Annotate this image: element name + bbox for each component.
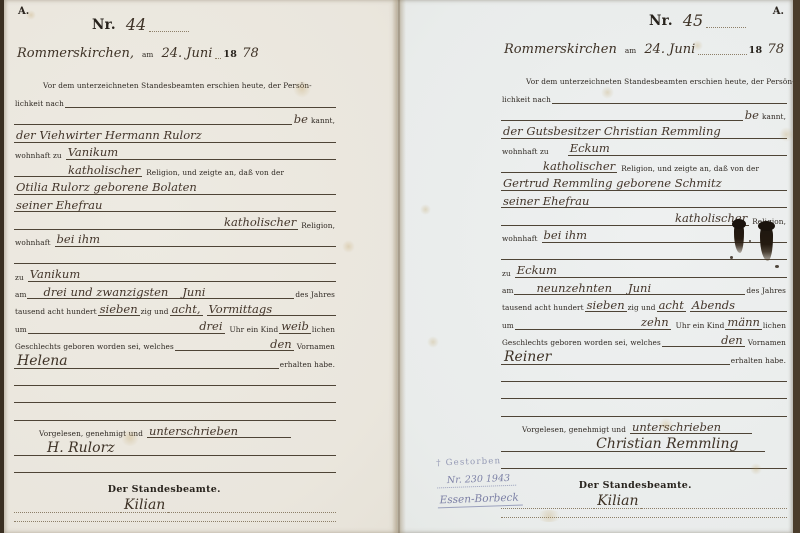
- declarant-line: der Viehwirter Hermann Rulorz: [14, 127, 336, 144]
- blank-ruled-line: [14, 388, 336, 405]
- printed-text: tausend acht hundert: [14, 308, 98, 318]
- handwritten-text: zehn: [639, 317, 671, 330]
- religion-line: katholischerReligion, und zeigte an, daß…: [501, 158, 787, 175]
- stamp-place: Essen-Borbeck: [437, 491, 523, 508]
- rule-line: [207, 298, 294, 299]
- printed-text: Der Standesbeamte.: [577, 481, 694, 493]
- rule-line: [102, 246, 336, 247]
- handwritten-text: Kilian: [121, 498, 168, 513]
- printed-text: Vornamen: [296, 343, 336, 353]
- rule-line: [723, 138, 787, 139]
- dotted-rule-line: [14, 521, 336, 522]
- printed-text: um: [501, 322, 515, 332]
- rule-line: [614, 294, 626, 295]
- record-number-line: Nr.44: [14, 4, 336, 34]
- handwritten-text: Juni: [626, 283, 653, 296]
- handwritten-text: acht,: [170, 304, 203, 317]
- handwritten-text: Reiner: [501, 350, 554, 365]
- handwritten-text: den: [719, 335, 745, 348]
- handwritten-text: bei ihm: [542, 230, 590, 243]
- handwritten-text: be: [292, 114, 310, 128]
- intro-line-3: bekannt,: [14, 110, 336, 127]
- birthdate-line: amneunzehntenJunides Jahres: [501, 280, 787, 297]
- rule-line: [204, 142, 336, 143]
- printed-text: erhalten habe.: [279, 361, 336, 371]
- printed-text: wohnhaft: [501, 235, 539, 245]
- intro-line-3: bekannt,: [501, 106, 787, 123]
- rule-line: [199, 194, 336, 195]
- handwritten-text: der Gutsbesitzer Christian Remmling: [501, 126, 723, 139]
- mother-line: Otilia Rulorz geborene Bolaten: [14, 179, 336, 196]
- rule-line: [552, 103, 787, 104]
- printed-text: Geschlechts geboren worden sei, welches: [501, 339, 662, 349]
- stamp-label: † Gestorben: [436, 454, 576, 469]
- printed-text: am: [501, 287, 514, 297]
- printed-text: am: [624, 47, 637, 57]
- ink-speck: [775, 265, 779, 268]
- declarant-line: der Gutsbesitzer Christian Remmling: [501, 123, 787, 140]
- dotted-rule-line: [706, 27, 746, 28]
- declarant-signature-line: H. Rulorz: [14, 440, 336, 457]
- residence-line-2: wohnhaftbei ihm: [14, 232, 336, 249]
- printed-text: Religion,: [300, 222, 336, 232]
- residence-line: wohnhaft zuEckum: [501, 141, 787, 158]
- handwritten-text: Vanikum: [66, 147, 120, 160]
- residence-line: wohnhaft zuVanikum: [14, 145, 336, 162]
- dotted-rule-line: [501, 517, 787, 518]
- rule-line: [501, 416, 787, 417]
- printed-text: Nr.: [647, 15, 675, 31]
- sex-vorname-line: Geschlechts geboren worden sei, welchesd…: [14, 336, 336, 353]
- ink-speck: [749, 240, 751, 242]
- handwritten-text: 78: [764, 43, 787, 57]
- rule-line: [14, 176, 66, 177]
- printed-text: lichkeit nach: [14, 100, 65, 110]
- spacer-line: [14, 61, 336, 75]
- rule-line: [591, 207, 787, 208]
- rule-line: [612, 155, 787, 156]
- rule-line: [589, 242, 787, 243]
- rule-line: [554, 364, 729, 365]
- handwritten-text: Rommerskirchen: [501, 43, 620, 57]
- printed-text: wohnhaft zu: [14, 152, 63, 162]
- printed-text: Vornamen: [747, 339, 787, 349]
- rule-line: [741, 451, 765, 452]
- rule-line: [14, 472, 336, 473]
- rule-line: [14, 229, 222, 230]
- handwritten-text: acht: [657, 300, 686, 313]
- rule-line: [724, 190, 787, 191]
- handwritten-text: seiner Ehefrau: [501, 196, 591, 209]
- handwritten-text: der Viehwirter Hermann Rulorz: [14, 130, 204, 143]
- rule-line: [120, 159, 336, 160]
- stamp-number: Nr. 230 1943: [437, 473, 517, 489]
- birthyear-line: tausend acht hundertsiebenzig undachtAbe…: [501, 297, 787, 314]
- printed-text: des Jahres: [745, 287, 787, 297]
- ink-blot: [760, 224, 773, 261]
- left-page-record-44: A. Nr.44Rommerskirchen,am24. Juni1878Vor…: [4, 0, 397, 533]
- intro-line-2: lichkeit nach: [501, 88, 787, 105]
- register-book-spread: A. Nr.44Rommerskirchen,am24. Juni1878Vor…: [0, 0, 800, 533]
- printed-text: wohnhaft: [14, 239, 52, 249]
- handwritten-text: 44: [123, 17, 149, 34]
- handwritten-text: Gertrud Remmling geborene Schmitz: [501, 178, 724, 191]
- handwritten-text: 24. Juni: [158, 47, 215, 61]
- printed-text: lichkeit nach: [501, 96, 552, 106]
- birthdate-line: amdrei und zwanzigstenJunides Jahres: [14, 284, 336, 301]
- intro-line-1: Vor dem unterzeichneten Standesbeamten e…: [501, 71, 787, 88]
- handwritten-text: 24. Juni: [641, 43, 698, 57]
- rule-line: [501, 398, 787, 399]
- handwritten-text: unterschrieben: [147, 426, 240, 439]
- printed-text: am: [14, 291, 27, 301]
- handwritten-text: männ: [725, 317, 762, 330]
- left-page-content: Nr.44Rommerskirchen,am24. Juni1878Vor de…: [14, 4, 336, 524]
- child-name-line: Helenaerhalten habe.: [14, 353, 336, 370]
- declarant-signature-line: Christian Remmling: [501, 436, 787, 453]
- handwritten-text: seiner Ehefrau: [14, 200, 104, 213]
- handwritten-text: neunzehnten: [534, 283, 614, 296]
- registrar-label-line: Der Standesbeamte.: [14, 477, 336, 497]
- rule-line: [14, 124, 292, 125]
- wife-line: seiner Ehefrau: [501, 193, 787, 210]
- rule-line: [501, 172, 541, 173]
- intro-line-2: lichkeit nach: [14, 92, 336, 109]
- rule-line: [723, 433, 752, 434]
- approval-line: Vorgelesen, genehmigt undunterschrieben: [501, 419, 787, 436]
- printed-text: zig und: [140, 308, 170, 318]
- rule-line: [82, 281, 336, 282]
- rule-line: [515, 329, 639, 330]
- rule-line: [274, 315, 336, 316]
- blank-ruled-line: [501, 367, 787, 384]
- sex-vorname-line: Geschlechts geboren worden sei, welchesd…: [501, 332, 787, 349]
- rule-line: [653, 294, 745, 295]
- rule-line: [175, 350, 268, 351]
- blank-ruled-line: [14, 405, 336, 422]
- printed-text: zu: [501, 270, 512, 280]
- printed-text: Vorgelesen, genehmigt und: [521, 426, 627, 436]
- printed-text: Religion, und zeigte an, daß von der: [620, 165, 760, 175]
- handwritten-text: Rommerskirchen,: [14, 47, 137, 61]
- handwritten-text: Kilian: [594, 494, 641, 509]
- birthyear-line: tausend acht hundertsiebenzig undacht,Vo…: [14, 301, 336, 318]
- handwritten-text: Helena: [14, 354, 71, 369]
- handwritten-text: bei ihm: [55, 234, 103, 247]
- dotted-rule-line: [698, 54, 746, 55]
- record-number-line: Nr.45: [501, 0, 787, 30]
- blank-ruled-line: [501, 245, 787, 262]
- rule-line: [559, 277, 787, 278]
- rule-line: [170, 298, 180, 299]
- rule-line: [27, 298, 41, 299]
- place-date-line: Rommerskirchenam24. Juni1878: [501, 30, 787, 57]
- rule-line: [28, 333, 197, 334]
- ink-speck: [730, 256, 733, 259]
- printed-text: kannt,: [310, 117, 336, 127]
- religion-line: katholischerReligion, und zeigte an, daß…: [14, 162, 336, 179]
- place-date-line: Rommerskirchen,am24. Juni1878: [14, 34, 336, 61]
- blank-ruled-line: [14, 249, 336, 266]
- printed-text: Der Standesbeamte.: [106, 485, 223, 497]
- handwritten-text: H. Rulorz: [44, 441, 118, 456]
- child-name-line: Reinererhalten habe.: [501, 349, 787, 366]
- handwritten-text: katholischer: [222, 217, 298, 230]
- handwritten-text: katholischer: [541, 161, 617, 174]
- registrar-signature-line: Kilian: [14, 497, 336, 515]
- handwritten-text: katholischer: [66, 165, 142, 178]
- rule-line: [14, 385, 336, 386]
- rule-line: [14, 455, 44, 456]
- approval-line: Vorgelesen, genehmigt undunterschrieben: [14, 423, 336, 440]
- margin-death-annotation-stamp: † Gestorben Nr. 230 1943 Essen-Borbeck: [436, 454, 578, 509]
- printed-text: lichen: [311, 326, 336, 336]
- printed-text: erhalten habe.: [730, 357, 787, 367]
- rule-line: [240, 437, 291, 438]
- mother-line: Gertrud Remmling geborene Schmitz: [501, 175, 787, 192]
- rule-line: [14, 263, 336, 264]
- printed-text: zig und: [627, 304, 657, 314]
- rule-line: [65, 107, 336, 108]
- rule-line: [104, 211, 336, 212]
- dotted-rule-line: [641, 508, 787, 509]
- printed-text: Uhr ein Kind: [229, 326, 280, 336]
- handwritten-text: Abends: [690, 300, 737, 313]
- printed-text: Geschlechts geboren worden sei, welches: [14, 343, 175, 353]
- dotted-rule-line: [501, 508, 594, 509]
- handwritten-text: sieben: [98, 304, 140, 317]
- printed-text: des Jahres: [294, 291, 336, 301]
- rule-line: [14, 420, 336, 421]
- rule-line: [514, 294, 534, 295]
- printed-text: zu: [14, 274, 25, 284]
- rule-line: [71, 368, 279, 369]
- printed-text: um: [14, 326, 28, 336]
- printed-text: kannt,: [761, 113, 787, 123]
- handwritten-text: unterschrieben: [630, 422, 723, 435]
- handwritten-text: sieben: [585, 300, 627, 313]
- printed-text: Religion, und zeigte an, daß von der: [145, 169, 285, 179]
- rule-line: [501, 259, 787, 260]
- birthtime-line: umzehnUhr ein Kindmännlichen: [501, 314, 787, 331]
- dotted-rule-line: [149, 31, 189, 32]
- handwritten-text: den: [268, 339, 294, 352]
- birthplace-line: zuVanikum: [14, 266, 336, 283]
- rule-line: [501, 120, 743, 121]
- ink-blot: [734, 222, 744, 253]
- printed-text: 18: [747, 46, 765, 58]
- intro-line-1: Vor dem unterzeichneten Standesbeamten e…: [14, 75, 336, 92]
- wife-line: seiner Ehefrau: [14, 197, 336, 214]
- birthtime-line: umdreiUhr ein Kindweiblichen: [14, 318, 336, 335]
- handwritten-text: Vanikum: [28, 269, 82, 282]
- rule-line: [501, 225, 673, 226]
- printed-text: tausend acht hundert: [501, 304, 585, 314]
- right-page-record-45: A. Nr.45Rommerskirchenam24. Juni1878Vor …: [397, 0, 793, 533]
- handwritten-text: drei: [197, 321, 224, 334]
- rule-line: [14, 402, 336, 403]
- rule-line: [501, 451, 593, 452]
- right-page-content: Nr.45Rommerskirchenam24. Juni1878Vor dem…: [501, 0, 787, 520]
- rule-line: [737, 311, 787, 312]
- handwritten-text: Eckum: [568, 143, 612, 156]
- dotted-rule-line: [14, 512, 121, 513]
- printed-text: Vorgelesen, genehmigt und: [38, 430, 144, 440]
- handwritten-text: be: [743, 110, 761, 124]
- handwritten-text: Eckum: [515, 265, 559, 278]
- rule-line: [118, 455, 336, 456]
- birthplace-line: zuEckum: [501, 262, 787, 279]
- religion-line-2: katholischerReligion,: [14, 214, 336, 231]
- printed-text: am: [141, 51, 154, 61]
- handwritten-text: 45: [680, 13, 706, 30]
- printed-text: Nr.: [90, 19, 118, 35]
- blank-ruled-line: [501, 384, 787, 401]
- rule-line: [662, 346, 719, 347]
- printed-text: lichen: [762, 322, 787, 332]
- printed-text: Vor dem unterzeichneten Standesbeamten e…: [525, 78, 793, 88]
- printed-text: wohnhaft zu: [501, 148, 550, 158]
- dotted-footer-line: [501, 511, 787, 520]
- printed-text: Uhr ein Kind: [675, 322, 726, 332]
- residence-line-2: wohnhaftbei ihm: [501, 228, 787, 245]
- blank-ruled-line: [14, 458, 336, 475]
- blank-ruled-line: [501, 401, 787, 418]
- handwritten-text: Otilia Rulorz geborene Bolaten: [14, 182, 199, 195]
- rule-line: [501, 381, 787, 382]
- printed-text: 18: [221, 50, 239, 62]
- handwritten-text: weib: [279, 321, 311, 334]
- printed-text: Vor dem unterzeichneten Standesbeamten e…: [42, 82, 313, 92]
- dotted-footer-line: [14, 515, 336, 524]
- blank-ruled-line: [14, 371, 336, 388]
- handwritten-text: Vormittags: [207, 304, 275, 317]
- handwritten-text: drei und zwanzigsten: [41, 287, 170, 300]
- handwritten-text: Juni: [180, 287, 207, 300]
- spacer-line: [501, 57, 787, 71]
- dotted-rule-line: [168, 512, 336, 513]
- handwritten-text: 78: [239, 47, 262, 61]
- handwritten-text: Christian Remmling: [593, 437, 741, 452]
